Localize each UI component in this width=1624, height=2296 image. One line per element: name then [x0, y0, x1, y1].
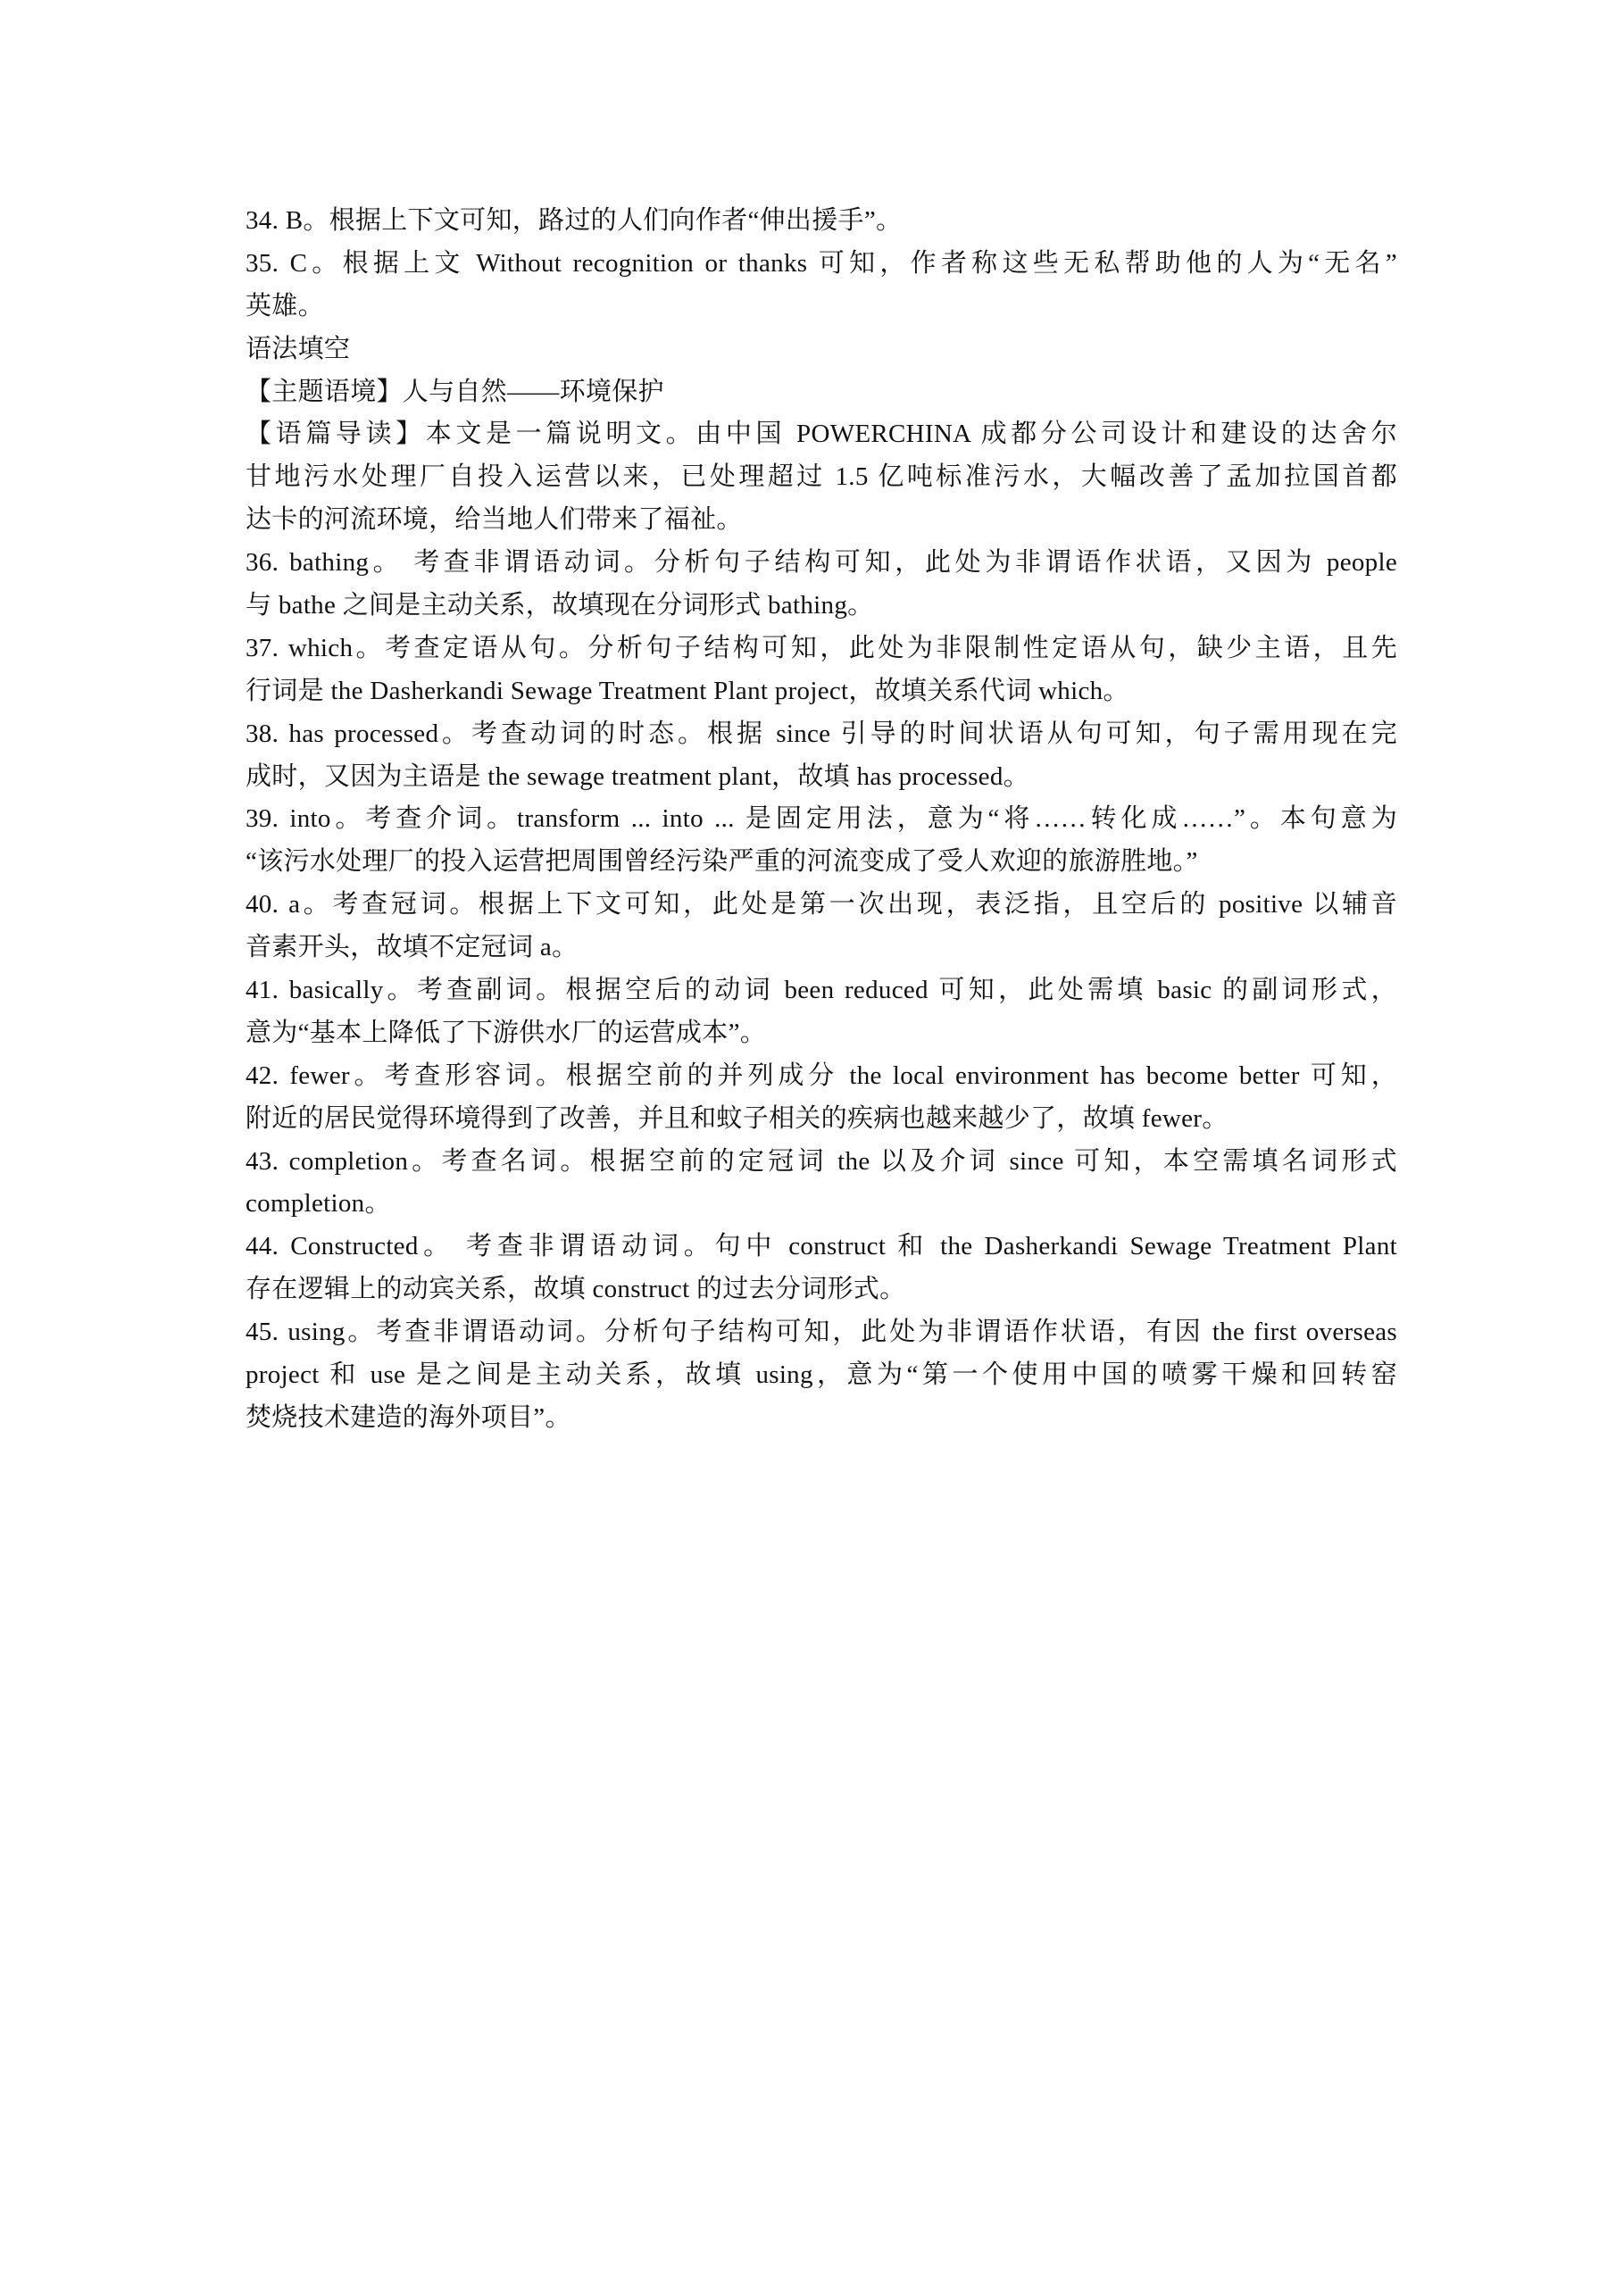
answer-36-line-2: 与 bathe 之间是主动关系，故填现在分词形式 bathing。 — [246, 585, 1397, 628]
answer-42-line-1: 42. fewer。考查形容词。根据空前的并列成分 the local envi… — [246, 1055, 1397, 1098]
answer-39-line-1: 39. into。考查介词。transform ... into ... 是固定… — [246, 798, 1397, 841]
passage-intro-line-3: 达卡的河流环境，给当地人们带来了福祉。 — [246, 499, 1397, 542]
answer-40-line-2: 音素开头，故填不定冠词 a。 — [246, 927, 1397, 969]
answer-39-line-2: “该污水处理厂的投入运营把周围曾经污染严重的河流变成了受人欢迎的旅游胜地。” — [246, 841, 1397, 884]
answer-41-line-2: 意为“基本上降低了下游供水厂的运营成本”。 — [246, 1012, 1397, 1055]
answer-43-line-1: 43. completion。考查名词。根据空前的定冠词 the 以及介词 si… — [246, 1141, 1397, 1184]
answer-44-line-1: 44. Constructed。 考查非谓语动词。句中 construct 和 … — [246, 1226, 1397, 1269]
answer-34: 34. B。根据上下文可知，路过的人们向作者“伸出援手”。 — [246, 200, 1397, 243]
answer-40-line-1: 40. a。考查冠词。根据上下文可知，此处是第一次出现，表泛指，且空后的 pos… — [246, 884, 1397, 927]
document-page: 34. B。根据上下文可知，路过的人们向作者“伸出援手”。 35. C。根据上文… — [246, 200, 1397, 1440]
answer-37-line-2: 行词是 the Dasherkandi Sewage Treatment Pla… — [246, 670, 1397, 713]
answer-44-line-2: 存在逻辑上的动宾关系，故填 construct 的过去分词形式。 — [246, 1269, 1397, 1311]
section-heading-grammar-fill: 语法填空 — [246, 329, 1397, 371]
answer-43-line-2: completion。 — [246, 1183, 1397, 1226]
answer-45-line-1: 45. using。考查非谓语动词。分析句子结构可知，此处为非谓语作状语，有因 … — [246, 1311, 1397, 1354]
answer-37-line-1: 37. which。考查定语从句。分析句子结构可知，此处为非限制性定语从句，缺少… — [246, 628, 1397, 670]
answer-36-line-1: 36. bathing。 考查非谓语动词。分析句子结构可知，此处为非谓语作状语，… — [246, 542, 1397, 585]
passage-intro-line-1: 【语篇导读】本文是一篇说明文。由中国 POWERCHINA 成都分公司设计和建设… — [246, 413, 1397, 456]
answer-38-line-1: 38. has processed。考查动词的时态。根据 since 引导的时间… — [246, 713, 1397, 756]
answer-38-line-2: 成时，又因为主语是 the sewage treatment plant，故填 … — [246, 756, 1397, 799]
answer-45-line-2: project 和 use 是之间是主动关系，故填 using，意为“第一个使用… — [246, 1354, 1397, 1397]
answer-41-line-1: 41. basically。考查副词。根据空后的动词 been reduced … — [246, 969, 1397, 1012]
answer-42-line-2: 附近的居民觉得环境得到了改善，并且和蚊子相关的疾病也越来越少了，故填 fewer… — [246, 1098, 1397, 1141]
theme-context: 【主题语境】人与自然——环境保护 — [246, 371, 1397, 414]
answer-45-line-3: 焚烧技术建造的海外项目”。 — [246, 1397, 1397, 1440]
passage-intro-line-2: 甘地污水处理厂自投入运营以来，已处理超过 1.5 亿吨标准污水，大幅改善了孟加拉… — [246, 456, 1397, 499]
answer-35-line-2: 英雄。 — [246, 286, 1397, 329]
answer-35-line-1: 35. C。根据上文 Without recognition or thanks… — [246, 243, 1397, 286]
